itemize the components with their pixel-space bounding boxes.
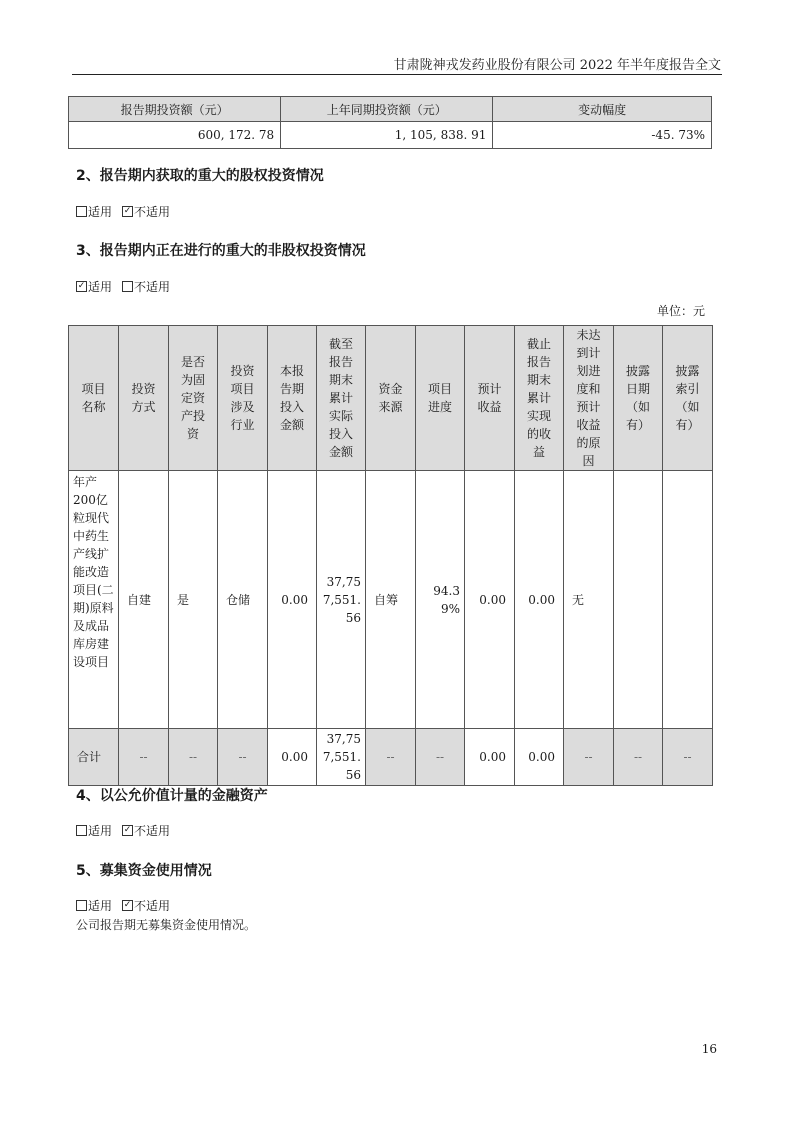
document-header-title: 甘肃陇神戎发药业股份有限公司 2022 年半年度报告全文 bbox=[394, 54, 721, 73]
total-label-cell: 合计 bbox=[69, 729, 119, 786]
table-header-row: 报告期投资额（元） 上年同期投资额（元） 变动幅度 bbox=[69, 97, 712, 122]
project-name-cell: 年产200亿粒现代中药生产线扩能改造项目(二期)原料及成品库房建设项目 bbox=[69, 471, 119, 729]
section-3-title: 3、报告期内正在进行的重大的非股权投资情况 bbox=[76, 240, 366, 260]
current-input-cell: 0.00 bbox=[268, 471, 317, 729]
not-applicable-checkbox[interactable]: ✓不适用 bbox=[122, 203, 170, 220]
total-progress-cell: -- bbox=[416, 729, 465, 786]
total-industry-cell: -- bbox=[218, 729, 268, 786]
not-applicable-label: 不适用 bbox=[134, 897, 170, 914]
not-applicable-checkbox[interactable]: ✓不适用 bbox=[122, 822, 170, 839]
col-header-disclosure-index: 披露索引（如有） bbox=[663, 326, 713, 471]
total-method-cell: -- bbox=[119, 729, 169, 786]
col-header-disclosure-date: 披露日期（如有） bbox=[614, 326, 663, 471]
not-applicable-checkbox[interactable]: 不适用 bbox=[122, 278, 170, 295]
col-header-method: 投资方式 bbox=[119, 326, 169, 471]
unchecked-box-icon bbox=[122, 281, 133, 292]
applicable-label: 适用 bbox=[88, 822, 112, 839]
total-fixed-asset-cell: -- bbox=[169, 729, 218, 786]
investment-summary-table: 报告期投资额（元） 上年同期投资额（元） 变动幅度 600, 172. 78 1… bbox=[68, 96, 712, 149]
total-reason-cell: -- bbox=[564, 729, 614, 786]
disclosure-index-cell bbox=[663, 471, 713, 729]
section-4-applicability: 适用 ✓不适用 bbox=[76, 822, 170, 839]
table-header-row: 项目名称 投资方式 是否为固定资产投资 投资项目涉及行业 本报告期投入金额 截至… bbox=[69, 326, 713, 471]
expected-return-cell: 0.00 bbox=[465, 471, 515, 729]
unchecked-box-icon bbox=[76, 206, 87, 217]
applicable-checkbox[interactable]: 适用 bbox=[76, 203, 112, 220]
disclosure-date-cell bbox=[614, 471, 663, 729]
col-header-prior-investment: 上年同期投资额（元） bbox=[281, 97, 493, 122]
applicable-checkbox[interactable]: 适用 bbox=[76, 822, 112, 839]
section-5-note: 公司报告期无募集资金使用情况。 bbox=[76, 916, 256, 933]
table-row: 年产200亿粒现代中药生产线扩能改造项目(二期)原料及成品库房建设项目 自建 是… bbox=[69, 471, 713, 729]
industry-cell: 仓储 bbox=[218, 471, 268, 729]
col-header-expected-return: 预计收益 bbox=[465, 326, 515, 471]
prior-investment-value: 1, 105, 838. 91 bbox=[281, 122, 493, 149]
total-row: 合计 -- -- -- 0.00 37,757,551.56 -- -- 0.0… bbox=[69, 729, 713, 786]
header-divider bbox=[72, 74, 722, 75]
unchecked-box-icon bbox=[76, 825, 87, 836]
total-cumulative-input-cell: 37,757,551.56 bbox=[317, 729, 366, 786]
total-expected-return-cell: 0.00 bbox=[465, 729, 515, 786]
change-value: -45. 73% bbox=[493, 122, 712, 149]
checked-box-icon: ✓ bbox=[76, 281, 87, 292]
total-realized-return-cell: 0.00 bbox=[515, 729, 564, 786]
col-header-fund-source: 资金来源 bbox=[366, 326, 416, 471]
col-header-project-name: 项目名称 bbox=[69, 326, 119, 471]
col-header-realized-return: 截止报告期末累计实现的收益 bbox=[515, 326, 564, 471]
section-5-title: 5、募集资金使用情况 bbox=[76, 860, 212, 880]
not-applicable-label: 不适用 bbox=[134, 822, 170, 839]
reason-cell: 无 bbox=[564, 471, 614, 729]
col-header-fixed-asset: 是否为固定资产投资 bbox=[169, 326, 218, 471]
col-header-current-investment: 报告期投资额（元） bbox=[69, 97, 281, 122]
page-number: 16 bbox=[702, 1042, 717, 1056]
unit-label: 单位：元 bbox=[657, 302, 705, 319]
not-applicable-label: 不适用 bbox=[134, 278, 170, 295]
applicable-checkbox[interactable]: ✓适用 bbox=[76, 278, 112, 295]
method-cell: 自建 bbox=[119, 471, 169, 729]
fixed-asset-cell: 是 bbox=[169, 471, 218, 729]
total-disclosure-index-cell: -- bbox=[663, 729, 713, 786]
current-investment-value: 600, 172. 78 bbox=[69, 122, 281, 149]
total-disclosure-date-cell: -- bbox=[614, 729, 663, 786]
section-2-title: 2、报告期内获取的重大的股权投资情况 bbox=[76, 165, 324, 185]
col-header-current-input: 本报告期投入金额 bbox=[268, 326, 317, 471]
section-5-applicability: 适用 ✓不适用 bbox=[76, 897, 170, 914]
unchecked-box-icon bbox=[76, 900, 87, 911]
fund-source-cell: 自筹 bbox=[366, 471, 416, 729]
not-applicable-checkbox[interactable]: ✓不适用 bbox=[122, 897, 170, 914]
applicable-checkbox[interactable]: 适用 bbox=[76, 897, 112, 914]
col-header-change: 变动幅度 bbox=[493, 97, 712, 122]
checked-box-icon: ✓ bbox=[122, 206, 133, 217]
table-row: 600, 172. 78 1, 105, 838. 91 -45. 73% bbox=[69, 122, 712, 149]
not-applicable-label: 不适用 bbox=[134, 203, 170, 220]
progress-cell: 94.39% bbox=[416, 471, 465, 729]
cumulative-input-cell: 37,757,551.56 bbox=[317, 471, 366, 729]
total-current-input-cell: 0.00 bbox=[268, 729, 317, 786]
checked-box-icon: ✓ bbox=[122, 900, 133, 911]
applicable-label: 适用 bbox=[88, 278, 112, 295]
applicable-label: 适用 bbox=[88, 897, 112, 914]
col-header-industry: 投资项目涉及行业 bbox=[218, 326, 268, 471]
section-4-title: 4、以公允价值计量的金融资产 bbox=[76, 785, 268, 805]
applicable-label: 适用 bbox=[88, 203, 112, 220]
total-fund-source-cell: -- bbox=[366, 729, 416, 786]
col-header-progress: 项目进度 bbox=[416, 326, 465, 471]
section-3-applicability: ✓适用 不适用 bbox=[76, 278, 170, 295]
non-equity-investment-table: 项目名称 投资方式 是否为固定资产投资 投资项目涉及行业 本报告期投入金额 截至… bbox=[68, 325, 713, 786]
col-header-cumulative-input: 截至报告期末累计实际投入金额 bbox=[317, 326, 366, 471]
checked-box-icon: ✓ bbox=[122, 825, 133, 836]
section-2-applicability: 适用 ✓不适用 bbox=[76, 203, 170, 220]
realized-return-cell: 0.00 bbox=[515, 471, 564, 729]
col-header-reason: 未达到计划进度和预计收益的原因 bbox=[564, 326, 614, 471]
